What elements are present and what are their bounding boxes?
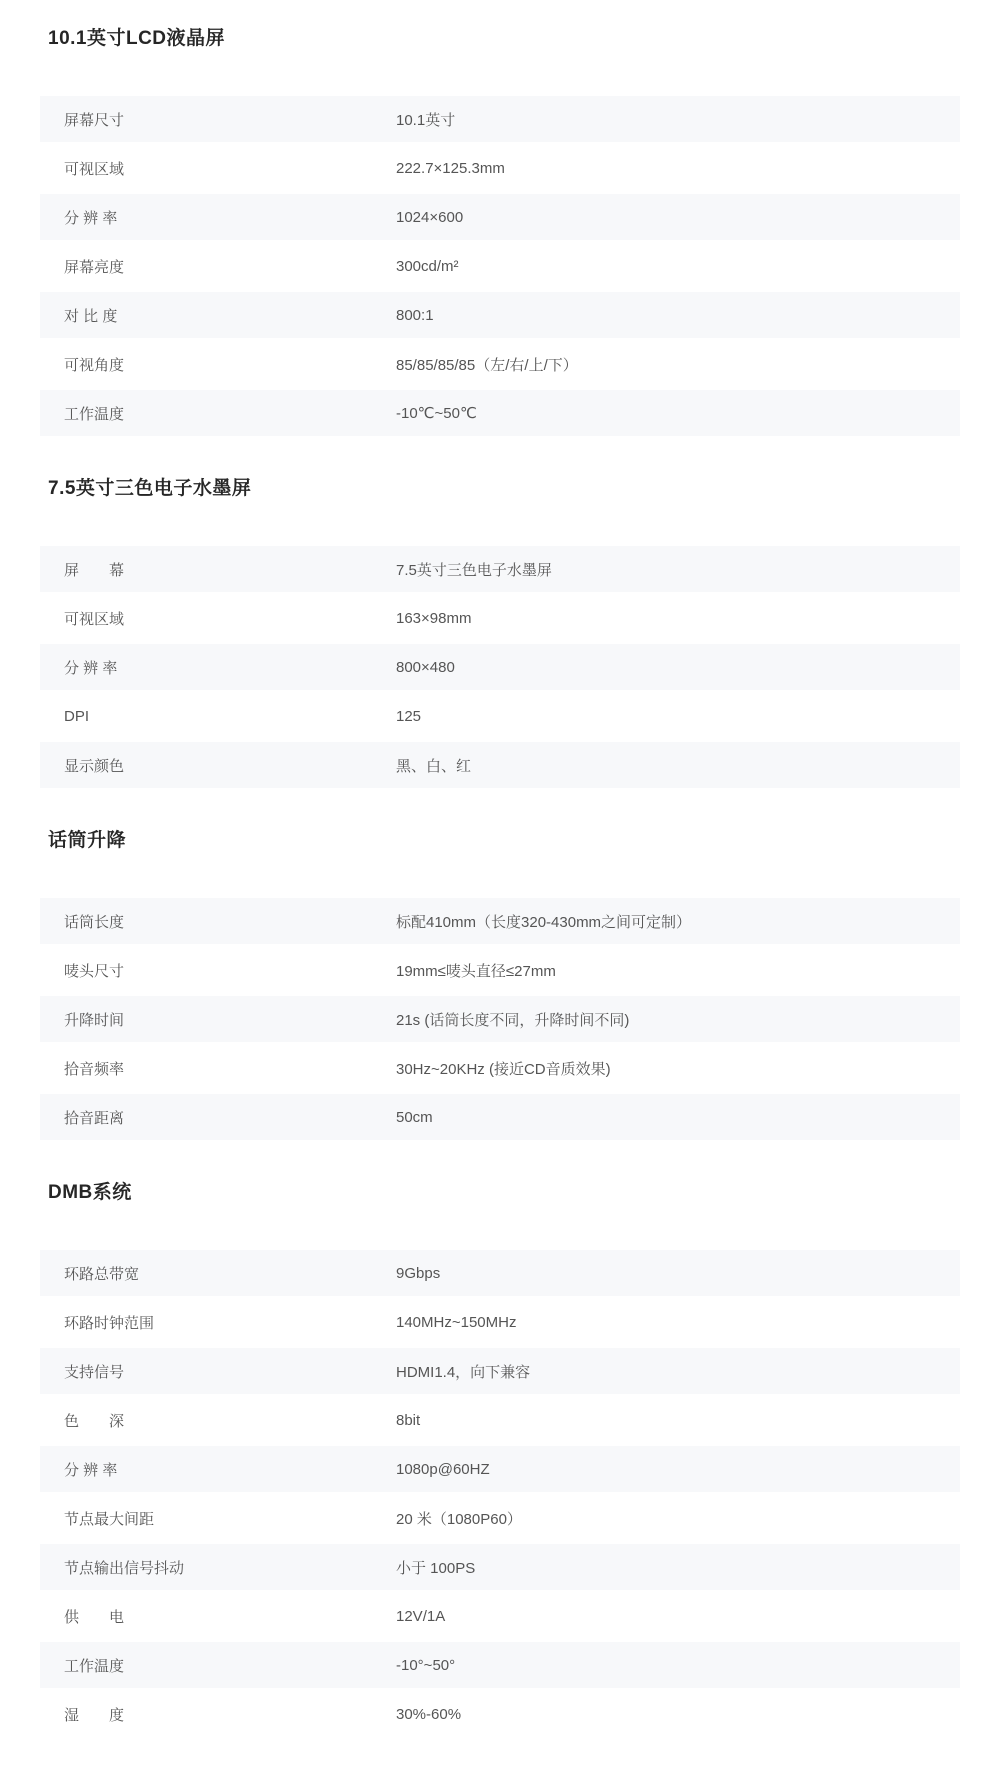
spec-value: 9Gbps — [396, 1265, 960, 1282]
spec-table: 屏幕尺寸 10.1英寸 可视区域 222.7×125.3mm 分 辨 率 102… — [40, 96, 960, 436]
spec-row: 支持信号 HDMI1.4，向下兼容 — [40, 1348, 960, 1394]
section-title: 10.1英寸LCD液晶屏 — [48, 26, 960, 52]
spec-label: 升降时间 — [40, 1009, 396, 1030]
section-title: DMB系统 — [48, 1180, 960, 1206]
spec-row: 拾音频率 30Hz~20KHz (接近CD音质效果) — [40, 1045, 960, 1091]
spec-label: 分 辨 率 — [40, 1459, 396, 1480]
spec-label: 屏幕亮度 — [40, 256, 396, 277]
spec-value: 1080p@60HZ — [396, 1461, 960, 1478]
spec-value: -10°~50° — [396, 1657, 960, 1674]
spec-label: 色 深 — [40, 1410, 396, 1431]
spec-row: 节点输出信号抖动 小于 100PS — [40, 1544, 960, 1590]
spec-value: 20 米（1080P60） — [396, 1508, 960, 1529]
spec-value: 10.1英寸 — [396, 109, 960, 130]
spec-label: 支持信号 — [40, 1361, 396, 1382]
spec-label: 话筒长度 — [40, 911, 396, 932]
spec-table: 屏 幕 7.5英寸三色电子水墨屏 可视区域 163×98mm 分 辨 率 800… — [40, 546, 960, 788]
spec-value: 163×98mm — [396, 610, 960, 627]
spec-label: 分 辨 率 — [40, 207, 396, 228]
spec-row: 工作温度 -10℃~50℃ — [40, 390, 960, 436]
spec-label: 屏 幕 — [40, 559, 396, 580]
section-title: 话筒升降 — [48, 828, 960, 854]
spec-value: 21s (话筒长度不同，升降时间不同) — [396, 1009, 960, 1030]
spec-value: 50cm — [396, 1109, 960, 1126]
spec-table: 话筒长度 标配410mm（长度320-430mm之间可定制） 唛头尺寸 19mm… — [40, 898, 960, 1140]
spec-sheet: 10.1英寸LCD液晶屏 屏幕尺寸 10.1英寸 可视区域 222.7×125.… — [40, 26, 960, 1737]
spec-section: 7.5英寸三色电子水墨屏 屏 幕 7.5英寸三色电子水墨屏 可视区域 163×9… — [40, 476, 960, 788]
spec-row: 分 辨 率 1024×600 — [40, 194, 960, 240]
spec-value: HDMI1.4，向下兼容 — [396, 1361, 960, 1382]
spec-row: 屏幕亮度 300cd/m² — [40, 243, 960, 289]
spec-label: 环路总带宽 — [40, 1263, 396, 1284]
spec-table: 环路总带宽 9Gbps 环路时钟范围 140MHz~150MHz 支持信号 HD… — [40, 1250, 960, 1737]
spec-value: 800:1 — [396, 307, 960, 324]
spec-label: DPI — [40, 708, 396, 725]
spec-value: 125 — [396, 708, 960, 725]
spec-value: 140MHz~150MHz — [396, 1314, 960, 1331]
spec-label: 环路时钟范围 — [40, 1312, 396, 1333]
spec-value: 8bit — [396, 1412, 960, 1429]
spec-label: 可视区域 — [40, 158, 396, 179]
spec-row: 环路时钟范围 140MHz~150MHz — [40, 1299, 960, 1345]
spec-row: 分 辨 率 800×480 — [40, 644, 960, 690]
spec-value: -10℃~50℃ — [396, 404, 960, 422]
spec-row: 显示颜色 黑、白、红 — [40, 742, 960, 788]
spec-value: 30Hz~20KHz (接近CD音质效果) — [396, 1058, 960, 1079]
spec-row: 可视角度 85/85/85/85（左/右/上/下） — [40, 341, 960, 387]
spec-label: 拾音距离 — [40, 1107, 396, 1128]
spec-value: 85/85/85/85（左/右/上/下） — [396, 354, 960, 375]
spec-row: 可视区域 222.7×125.3mm — [40, 145, 960, 191]
spec-row: 拾音距离 50cm — [40, 1094, 960, 1140]
section-title: 7.5英寸三色电子水墨屏 — [48, 476, 960, 502]
spec-row: 色 深 8bit — [40, 1397, 960, 1443]
spec-label: 屏幕尺寸 — [40, 109, 396, 130]
spec-row: 分 辨 率 1080p@60HZ — [40, 1446, 960, 1492]
spec-label: 工作温度 — [40, 1655, 396, 1676]
spec-row: 湿 度 30%-60% — [40, 1691, 960, 1737]
spec-label: 可视角度 — [40, 354, 396, 375]
spec-label: 拾音频率 — [40, 1058, 396, 1079]
spec-value: 19mm≤唛头直径≤27mm — [396, 960, 960, 981]
spec-label: 显示颜色 — [40, 755, 396, 776]
spec-value: 黑、白、红 — [396, 755, 960, 776]
spec-value: 1024×600 — [396, 209, 960, 226]
spec-value: 222.7×125.3mm — [396, 160, 960, 177]
spec-value: 标配410mm（长度320-430mm之间可定制） — [396, 911, 960, 932]
spec-label: 唛头尺寸 — [40, 960, 396, 981]
spec-row: 屏 幕 7.5英寸三色电子水墨屏 — [40, 546, 960, 592]
spec-row: 工作温度 -10°~50° — [40, 1642, 960, 1688]
spec-label: 节点最大间距 — [40, 1508, 396, 1529]
spec-row: 话筒长度 标配410mm（长度320-430mm之间可定制） — [40, 898, 960, 944]
spec-value: 小于 100PS — [396, 1557, 960, 1578]
spec-label: 工作温度 — [40, 403, 396, 424]
spec-row: 节点最大间距 20 米（1080P60） — [40, 1495, 960, 1541]
spec-row: DPI 125 — [40, 693, 960, 739]
spec-value: 300cd/m² — [396, 258, 960, 275]
spec-label: 供 电 — [40, 1606, 396, 1627]
spec-row: 对 比 度 800:1 — [40, 292, 960, 338]
spec-value: 800×480 — [396, 659, 960, 676]
spec-value: 30%-60% — [396, 1706, 960, 1723]
spec-section: 话筒升降 话筒长度 标配410mm（长度320-430mm之间可定制） 唛头尺寸… — [40, 828, 960, 1140]
spec-label: 节点输出信号抖动 — [40, 1557, 396, 1578]
spec-label: 对 比 度 — [40, 305, 396, 326]
spec-row: 唛头尺寸 19mm≤唛头直径≤27mm — [40, 947, 960, 993]
spec-label: 可视区域 — [40, 608, 396, 629]
spec-label: 湿 度 — [40, 1704, 396, 1725]
spec-row: 可视区域 163×98mm — [40, 595, 960, 641]
spec-row: 屏幕尺寸 10.1英寸 — [40, 96, 960, 142]
spec-section: DMB系统 环路总带宽 9Gbps 环路时钟范围 140MHz~150MHz 支… — [40, 1180, 960, 1737]
spec-section: 10.1英寸LCD液晶屏 屏幕尺寸 10.1英寸 可视区域 222.7×125.… — [40, 26, 960, 436]
spec-value: 12V/1A — [396, 1608, 960, 1625]
spec-row: 环路总带宽 9Gbps — [40, 1250, 960, 1296]
spec-value: 7.5英寸三色电子水墨屏 — [396, 559, 960, 580]
spec-label: 分 辨 率 — [40, 657, 396, 678]
spec-row: 升降时间 21s (话筒长度不同，升降时间不同) — [40, 996, 960, 1042]
spec-row: 供 电 12V/1A — [40, 1593, 960, 1639]
